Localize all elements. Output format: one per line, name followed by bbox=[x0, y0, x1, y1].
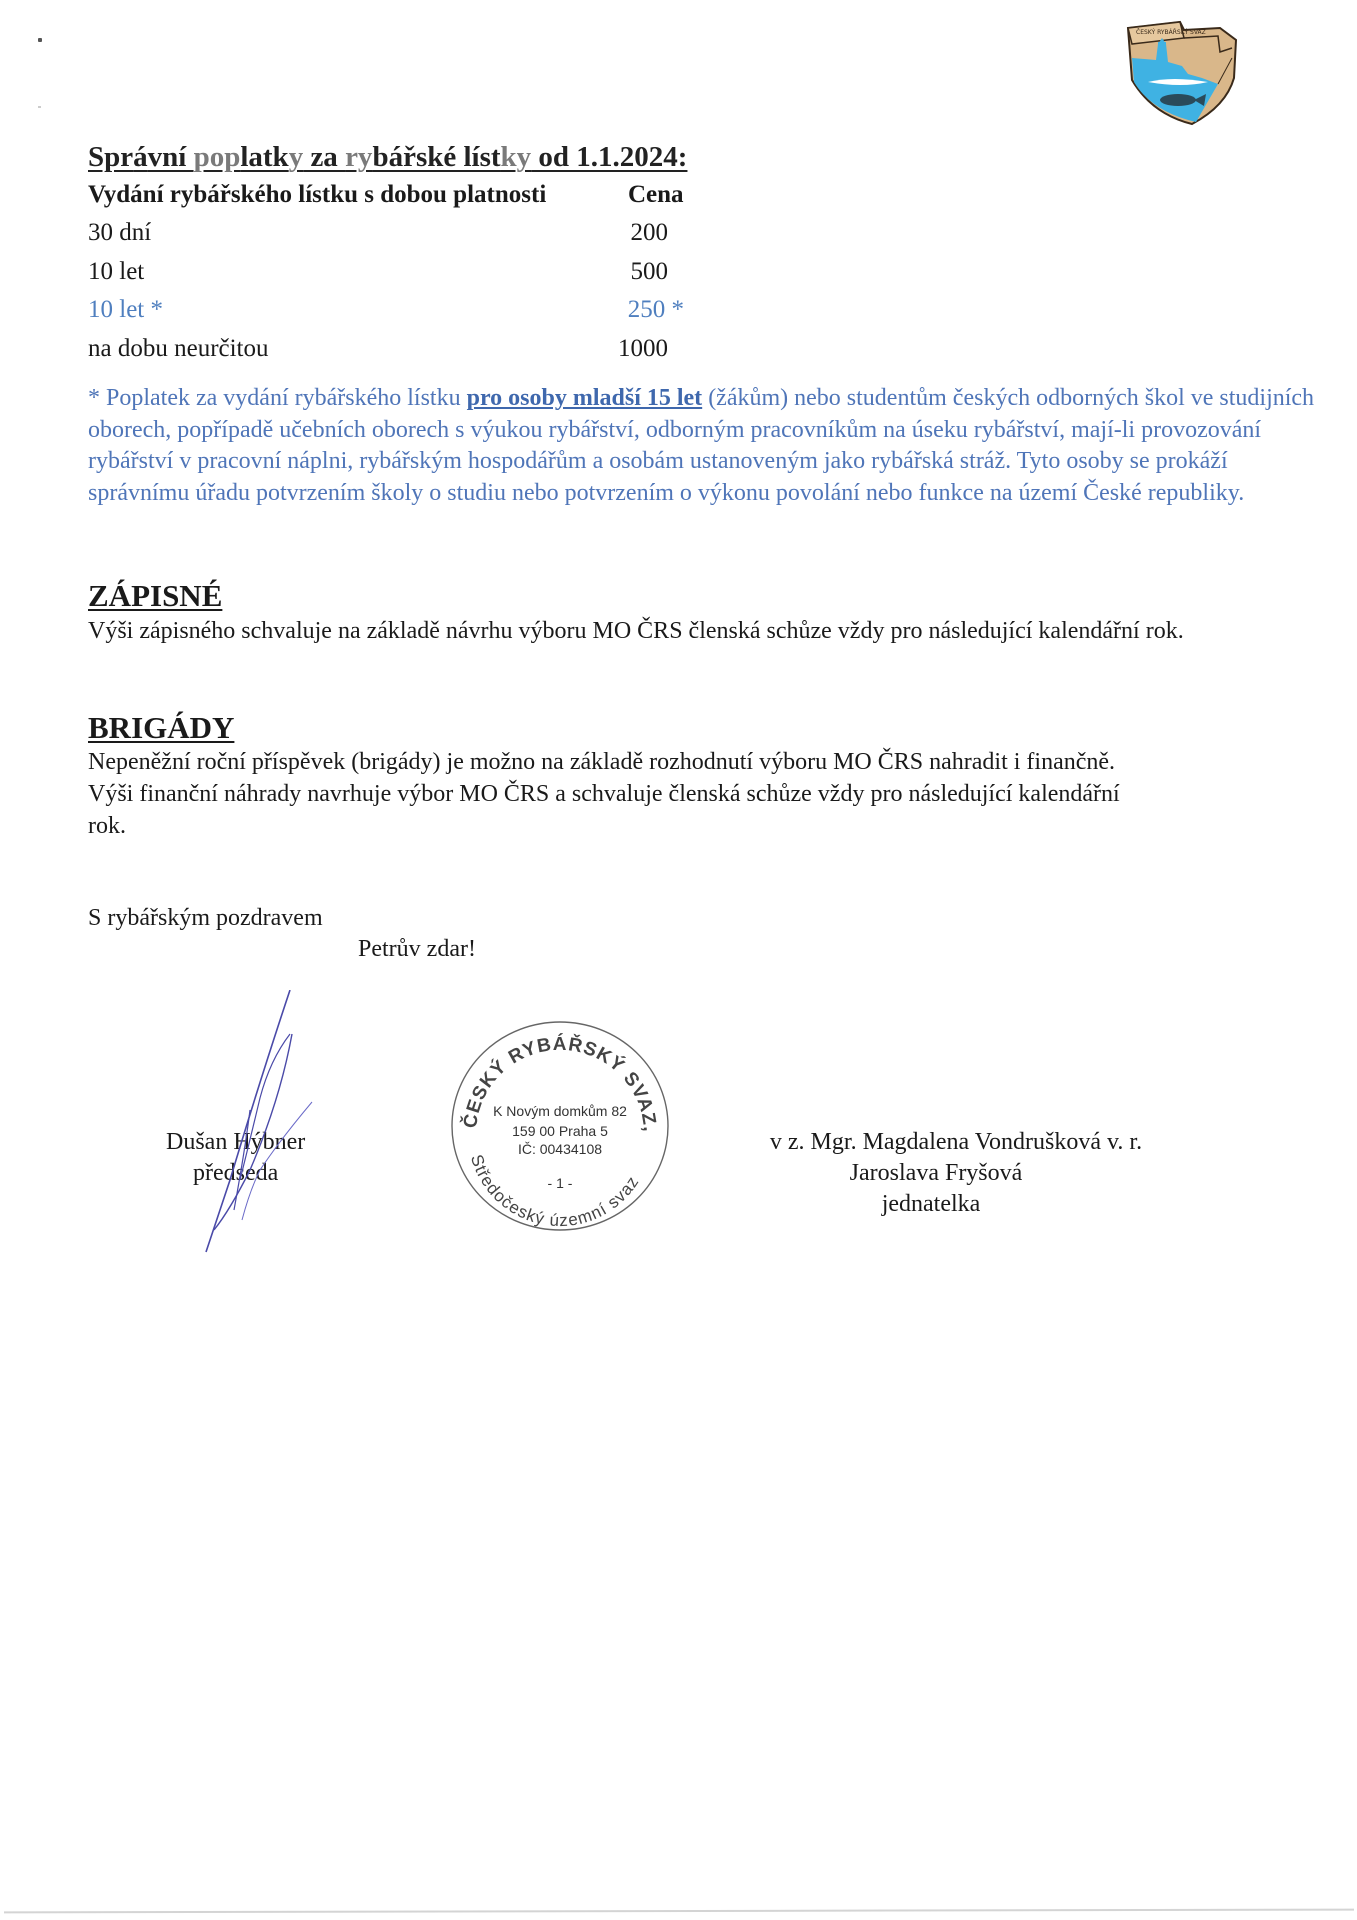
fee-table: Vydání rybářského lístku s dobou platnos… bbox=[88, 181, 708, 373]
official-stamp: ČESKÝ RYBÁŘSKÝ SVAZ, z.s. Středočeský úz… bbox=[446, 1016, 674, 1234]
stamp-bottom-text: Středočeský územní svaz bbox=[467, 1152, 643, 1230]
paragraph-line: rok. bbox=[88, 810, 1288, 842]
signatory-on-behalf: v z. Mgr. Magdalena Vondrušková v. r. bbox=[736, 1127, 1176, 1158]
header-price: Cena bbox=[628, 181, 684, 209]
handwritten-signature bbox=[190, 990, 330, 1260]
section-text-zapisne: Výši zápisného schvaluje na základě návr… bbox=[88, 615, 1286, 647]
fee-footnote: * Poplatek za vydání rybářského lístku p… bbox=[88, 383, 1318, 509]
fee-row-price: 250 * bbox=[628, 296, 684, 324]
header-validity: Vydání rybářského lístku s dobou platnos… bbox=[88, 181, 546, 209]
scan-edge-line bbox=[4, 1909, 1354, 1914]
paragraph-line: Nepeněžní roční příspěvek (brigády) je m… bbox=[88, 746, 1288, 778]
fee-row-price: 500 bbox=[631, 258, 669, 286]
crs-emblem-logo: ČESKÝ RYBÁŘSKÝ SVAZ bbox=[1122, 18, 1246, 126]
fee-row-price: 200 bbox=[631, 219, 669, 247]
footnote-highlight: pro osoby mladší 15 let bbox=[467, 385, 703, 411]
fee-row-label: 30 dní bbox=[88, 219, 151, 247]
fee-row-label: na dobu neurčitou bbox=[88, 335, 269, 363]
stamp-ico: IČ: 00434108 bbox=[518, 1141, 602, 1157]
fee-row-label: 10 let bbox=[88, 258, 144, 286]
stamp-number: - 1 - bbox=[548, 1175, 573, 1191]
signatory-right: v z. Mgr. Magdalena Vondrušková v. r. Ja… bbox=[736, 1127, 1176, 1220]
fee-row: 10 let 500 bbox=[88, 258, 708, 297]
fee-row-price: 1000 bbox=[618, 335, 668, 363]
closing-greeting: S rybářským pozdravem bbox=[88, 905, 323, 932]
footnote-text: * Poplatek za vydání rybářského lístku bbox=[88, 385, 467, 411]
page-title: Správní poplatky za rybářské lístky od 1… bbox=[88, 141, 687, 174]
fee-row-reduced: 10 let * 250 * bbox=[88, 296, 708, 335]
svg-text:ČESKÝ RYBÁŘSKÝ SVAZ: ČESKÝ RYBÁŘSKÝ SVAZ bbox=[1136, 28, 1206, 36]
stamp-address-line: K Novým domkům 82 bbox=[493, 1103, 627, 1119]
section-heading-brigady: BRIGÁDY bbox=[88, 710, 234, 746]
fee-table-header: Vydání rybářského lístku s dobou platnos… bbox=[88, 181, 708, 219]
svg-text:Středočeský územní svaz: Středočeský územní svaz bbox=[467, 1152, 643, 1230]
scan-speck bbox=[38, 106, 41, 108]
section-text-brigady: Nepeněžní roční příspěvek (brigády) je m… bbox=[88, 746, 1288, 842]
fee-row: 30 dní 200 bbox=[88, 219, 708, 258]
stamp-address-line: 159 00 Praha 5 bbox=[512, 1123, 608, 1139]
closing-salute: Petrův zdar! bbox=[358, 936, 476, 963]
signatory-name: Jaroslava Fryšová bbox=[696, 1158, 1176, 1189]
paragraph-line: Výši finanční náhrady navrhuje výbor MO … bbox=[88, 778, 1288, 810]
section-heading-zapisne: ZÁPISNÉ bbox=[88, 578, 222, 614]
fee-row: na dobu neurčitou 1000 bbox=[88, 335, 708, 374]
fee-row-label: 10 let * bbox=[88, 296, 163, 324]
scan-speck bbox=[38, 38, 42, 42]
signatory-role: jednatelka bbox=[686, 1189, 1176, 1220]
